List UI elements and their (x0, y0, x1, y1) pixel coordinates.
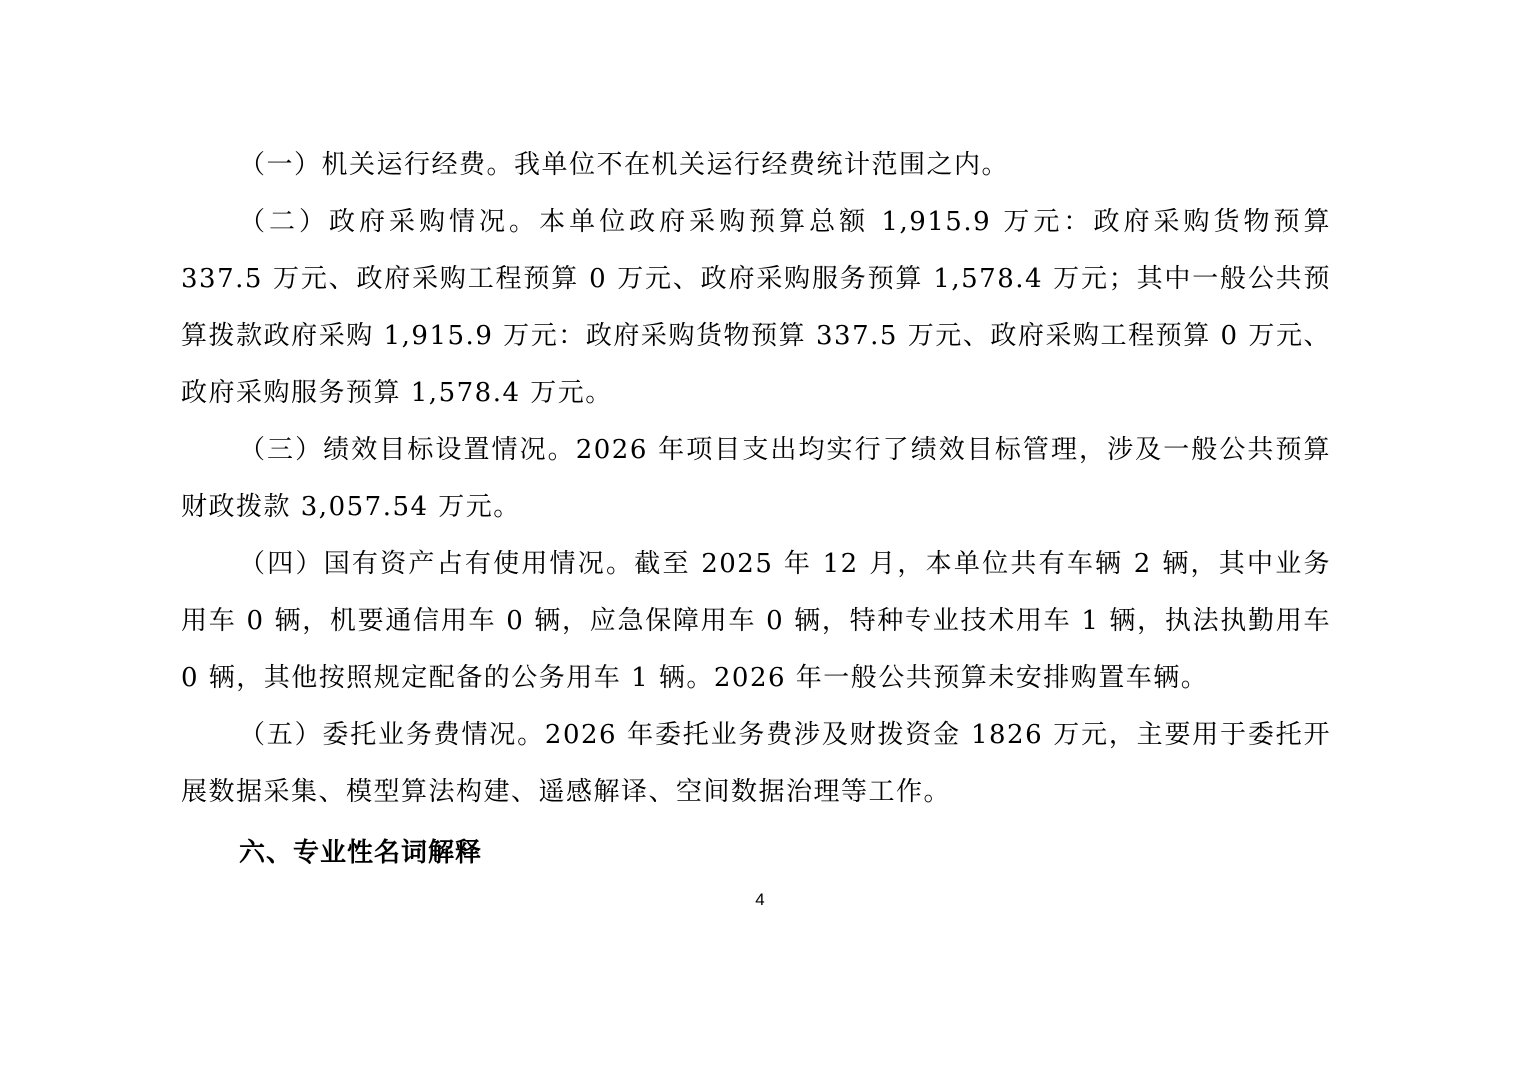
document-page: （一）机关运行经费。我单位不在机关运行经费统计范围之内。 （二）政府采购情况。本… (181, 137, 1331, 882)
paragraph-state-assets: （四）国有资产占有使用情况。截至 2025 年 12 月，本单位共有车辆 2 辆… (181, 536, 1331, 707)
paragraph-performance-targets: （三）绩效目标设置情况。2026 年项目支出均实行了绩效目标管理，涉及一般公共预… (181, 422, 1331, 536)
paragraph-commissioned-business: （五）委托业务费情况。2026 年委托业务费涉及财拨资金 1826 万元，主要用… (181, 707, 1331, 821)
page-number: 4 (0, 890, 1520, 910)
paragraph-government-procurement: （二）政府采购情况。本单位政府采购预算总额 1,915.9 万元：政府采购货物预… (181, 194, 1331, 422)
paragraph-operating-expenses: （一）机关运行经费。我单位不在机关运行经费统计范围之内。 (181, 137, 1331, 194)
section-heading-terminology: 六、专业性名词解释 (181, 825, 1331, 882)
